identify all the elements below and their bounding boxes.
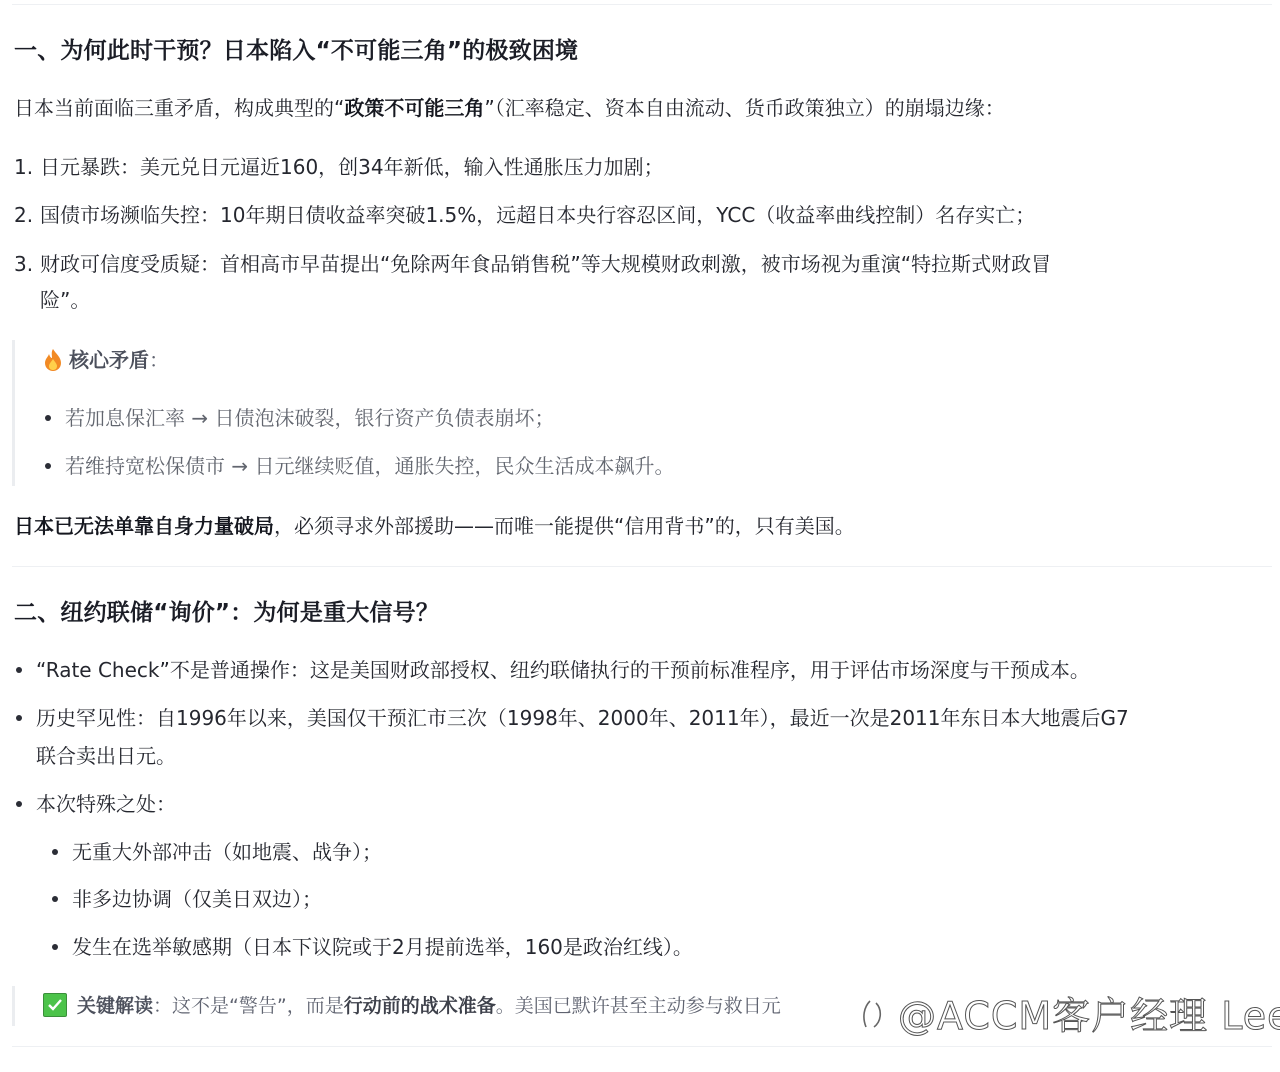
bullet-dot-icon (45, 463, 51, 469)
bullet-dot-icon (52, 849, 58, 855)
bullet-text: “Rate Check”不是普通操作：这是美国财政部授权、纽约联储执行的干预前标… (36, 658, 1090, 682)
list-number: 1. (14, 149, 40, 185)
callout-colon: ： (149, 348, 169, 372)
section-2-heading: 二、纽约联储“询价”：为何是重大信号？ (14, 594, 439, 627)
sub-bullet-3: 发生在选举敏感期（日本下议院或于2月提前选举，160是政治红线）。 (52, 929, 693, 965)
section-divider (12, 566, 1272, 567)
callout-bullet-2: 若维持宽松保债市 → 日元继续贬值，通胀失控，民众生活成本飙升。 (45, 448, 674, 484)
section-1-conclusion: 日本已无法单靠自身力量破局，必须寻求外部援助——而唯一能提供“信用背书”的，只有… (14, 508, 855, 544)
key-note-callout: 关键解读：这不是“警告”，而是行动前的战术准备。美国已默许甚至主动参与救日元 (12, 986, 15, 1026)
bullet-text: 无重大外部冲击（如地震、战争）； (72, 840, 382, 864)
ordered-list-item-3: 3.财政可信度受质疑：首相高市早苗提出“免除两年食品销售税”等大规模财政刺激，被… (14, 246, 1244, 318)
conclusion-bold: 日本已无法单靠自身力量破局 (14, 514, 274, 538)
section-2-bullet-2-continued: 联合卖出日元。 (36, 738, 176, 774)
zhihu-logo-icon (856, 995, 894, 1033)
watermark-text: @ACCM客户经理 Lee (898, 985, 1280, 1040)
bullet-text: 历史罕见性：自1996年以来，美国仅干预汇市三次（1998年、2000年、201… (36, 706, 1129, 730)
bullet-text: 非多边协调（仅美日双边）； (72, 887, 322, 911)
key-note-title: 关键解读 (77, 995, 153, 1017)
conclusion-text: ，必须寻求外部援助——而唯一能提供“信用背书”的，只有美国。 (274, 514, 855, 538)
intro-prefix: 日本当前面临三重矛盾，构成典型的“ (14, 96, 344, 120)
sub-bullet-2: 非多边协调（仅美日双边）； (52, 881, 322, 917)
top-divider (12, 4, 1272, 5)
check-icon (43, 993, 67, 1017)
key-note-text: 关键解读：这不是“警告”，而是行动前的战术准备。美国已默许甚至主动参与救日元 (43, 988, 781, 1024)
bottom-divider (12, 1046, 1272, 1047)
bullet-text: 若加息保汇率 → 日债泡沫破裂，银行资产负债表崩坏； (65, 406, 554, 430)
ordered-list-item-2: 2.国债市场濒临失控：10年期日债收益率突破1.5%，远超日本央行容忍区间，YC… (14, 197, 1244, 233)
bullet-dot-icon (16, 715, 22, 721)
key-note-seg1: 这不是“警告”，而是 (172, 995, 344, 1017)
core-contradiction-callout: 核心矛盾： 若加息保汇率 → 日债泡沫破裂，银行资产负债表崩坏； 若维持宽松保债… (12, 340, 15, 486)
callout-bullet-1: 若加息保汇率 → 日债泡沫破裂，银行资产负债表崩坏； (45, 400, 554, 436)
bullet-text: 发生在选举敏感期（日本下议院或于2月提前选举，160是政治红线）。 (72, 935, 693, 959)
section-2-bullet-3: 本次特殊之处： (16, 786, 176, 822)
intro-bold-term: 政策不可能三角 (344, 96, 484, 120)
key-note-seg2: 。美国已默许甚至主动参与救日元 (496, 995, 781, 1017)
list-text: 财政可信度受质疑：首相高市早苗提出“免除两年食品销售税”等大规模财政刺激，被市场… (40, 252, 1051, 276)
bullet-text: 本次特殊之处： (36, 792, 176, 816)
fire-icon (43, 348, 63, 372)
bullet-dot-icon (52, 944, 58, 950)
bullet-dot-icon (52, 896, 58, 902)
list-text: 国债市场濒临失控：10年期日债收益率突破1.5%，远超日本央行容忍区间，YCC（… (40, 203, 1035, 227)
callout-heading: 核心矛盾： (43, 342, 169, 378)
key-note-colon: ： (153, 995, 172, 1017)
callout-title: 核心矛盾 (69, 348, 149, 372)
list-text-continued: 险”。 (14, 282, 1244, 318)
bullet-dot-icon (16, 801, 22, 807)
bullet-text: 若维持宽松保债市 → 日元继续贬值，通胀失控，民众生活成本飙升。 (65, 454, 674, 478)
ordered-list-item-1: 1.日元暴跌：美元兑日元逼近160，创34年新低，输入性通胀压力加剧； (14, 149, 1244, 185)
section-2-bullet-1: “Rate Check”不是普通操作：这是美国财政部授权、纽约联储执行的干预前标… (16, 652, 1090, 688)
section-1-intro: 日本当前面临三重矛盾，构成典型的“政策不可能三角”（汇率稳定、资本自由流动、货币… (14, 90, 1005, 126)
bullet-dot-icon (16, 667, 22, 673)
key-note-bold: 行动前的战术准备 (344, 995, 496, 1017)
intro-suffix: ”（汇率稳定、资本自由流动、货币政策独立）的崩塌边缘： (484, 96, 1004, 120)
list-number: 2. (14, 197, 40, 233)
section-2-bullet-2: 历史罕见性：自1996年以来，美国仅干预汇市三次（1998年、2000年、201… (16, 700, 1129, 736)
section-1-heading: 一、为何此时干预？日本陷入“不可能三角”的极致困境 (14, 32, 578, 65)
list-number: 3. (14, 246, 40, 282)
list-text: 日元暴跌：美元兑日元逼近160，创34年新低，输入性通胀压力加剧； (40, 155, 664, 179)
bullet-dot-icon (45, 415, 51, 421)
sub-bullet-1: 无重大外部冲击（如地震、战争）； (52, 834, 382, 870)
